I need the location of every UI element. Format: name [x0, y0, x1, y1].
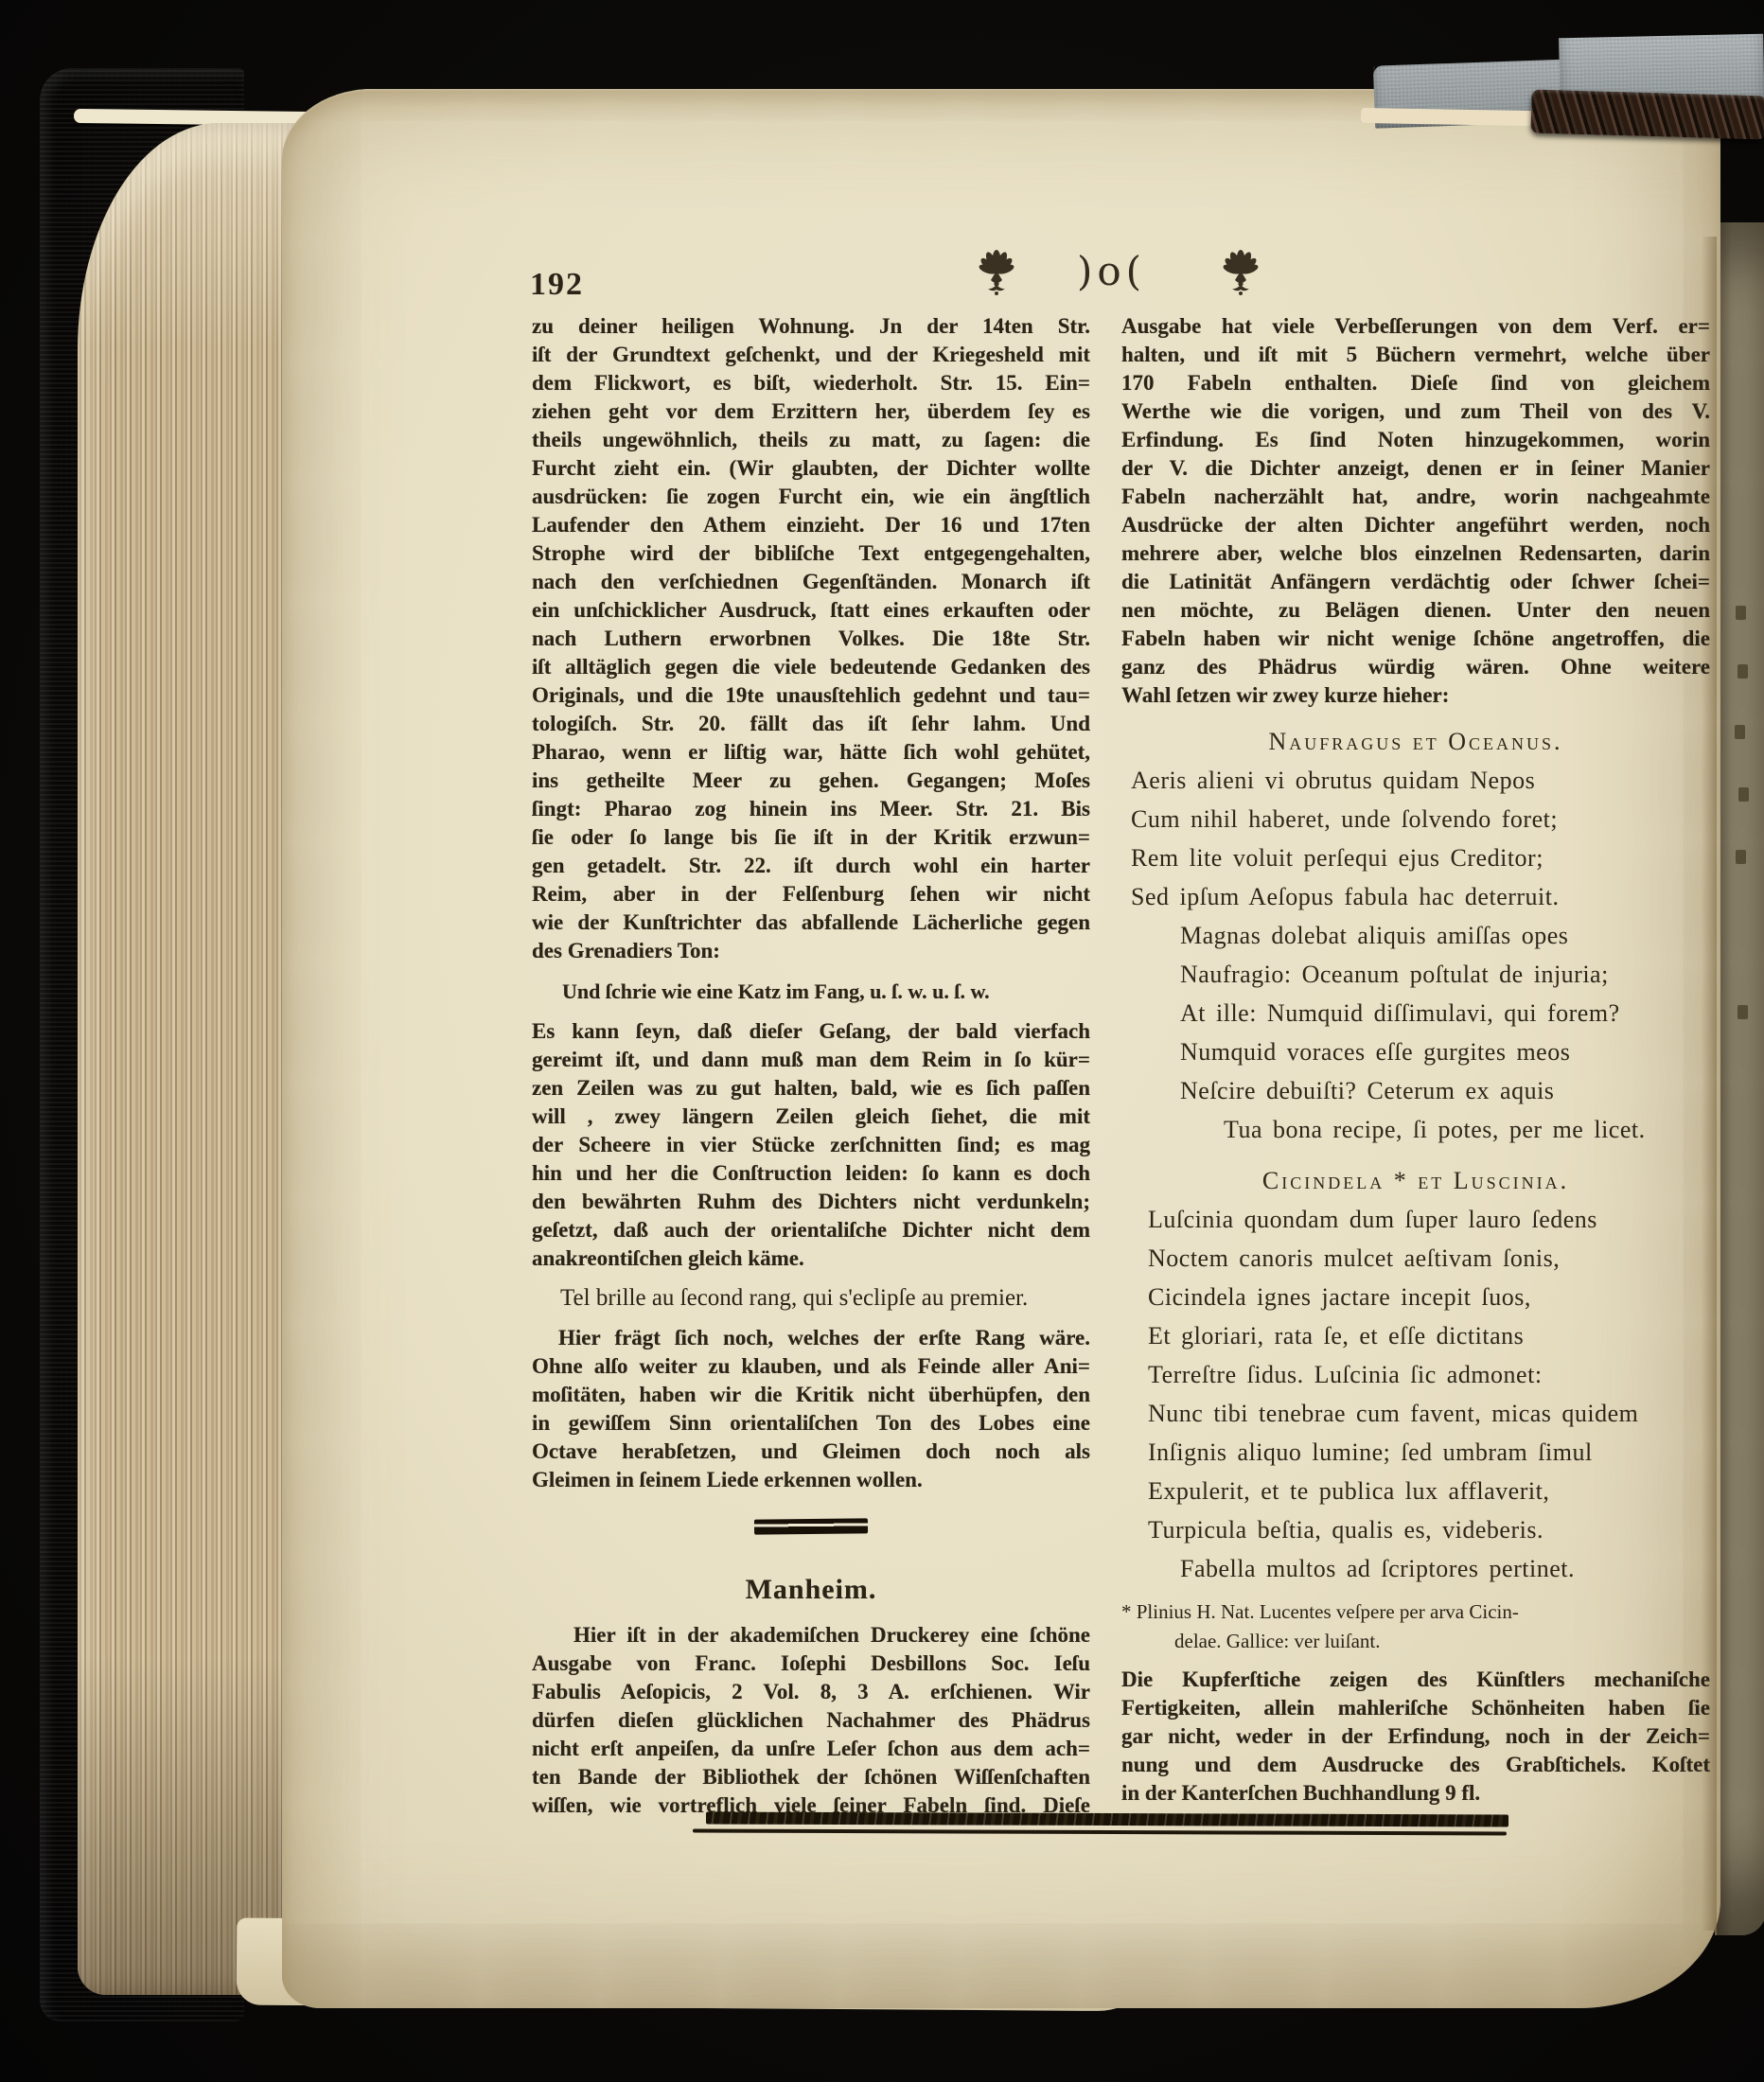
verse-line: Neſcire debuiſti? Ceterum ex aquis [1121, 1071, 1710, 1110]
text-line: Ohne alſo weiter zu klauben, und als Fei… [532, 1352, 1090, 1381]
verse-line: Tua bona recipe, ſi potes, per me licet. [1121, 1110, 1710, 1149]
text-line: Hier iſt in der akademiſchen Druckerey e… [532, 1621, 1090, 1650]
text-line: Gleimen in ſeinem Liede erkennen wollen. [532, 1466, 1090, 1494]
verse-line: Expulerit, et te publica lux afflaverit, [1121, 1472, 1710, 1510]
text-line: nach den verſchiednen Gegenſtänden. Mona… [532, 568, 1090, 596]
ghost-text-mark [1738, 664, 1748, 679]
french-quote-line: Tel brille au ſecond rang, qui s'eclipſe… [532, 1284, 1090, 1313]
text-line: will , zwey längern Zeilen gleich ſiehet… [532, 1103, 1090, 1131]
text-line: in gewiſſem Sinn orientaliſchen Ton des … [532, 1409, 1090, 1438]
text-line: Reim, aber in der Felſenburg ſehen wir n… [532, 880, 1090, 909]
text-line: Octave herabſetzen, und Gleimen doch noc… [532, 1438, 1090, 1466]
verse-line: Luſcinia quondam dum ſuper lauro ſedens [1121, 1200, 1710, 1239]
verse-line: Terreſtre ſidus. Luſcinia ſic admonet: [1121, 1355, 1710, 1394]
text-line: ziehen geht vor dem Erzittern her, überd… [532, 397, 1090, 426]
text-line: Ausgabe hat viele Verbeſſerungen von dem… [1121, 312, 1710, 341]
footnote-line: delae. Gallice: ver luiſant. [1121, 1627, 1710, 1656]
text-line: geſetzt, daß auch der orientaliſche Dich… [532, 1216, 1090, 1244]
text-line: Laufender den Athem einzieht. Der 16 und… [532, 511, 1090, 539]
text-line: der Scheere in vier Stücke zerſchnitten … [532, 1131, 1090, 1159]
text-line: mehrere aber, welche blos einzelnen Rede… [1121, 539, 1710, 568]
verse-line: Et gloriari, rata ſe, et eſſe dictitans [1121, 1316, 1710, 1355]
text-line: nung und dem Ausdrucke des Grabſtichels.… [1121, 1751, 1710, 1779]
text-line: dem Flickwort, es biſt, wiederholt. Str.… [532, 369, 1090, 397]
text-line: nach Luthern erworbnen Volkes. Die 18te … [532, 625, 1090, 653]
verse-line: Noctem canoris mulcet aeſtivam ſonis, [1121, 1239, 1710, 1278]
text-line: gar nicht, weder in der Erfindung, noch … [1121, 1722, 1710, 1751]
text-line: zu deiner heiligen Wohnung. Jn der 14ten… [532, 312, 1090, 341]
section-divider-rule [754, 1518, 868, 1534]
text-line: ein unſchicklicher Ausdruck, ſtatt eines… [532, 596, 1090, 625]
text-line: ins getheilte Meer zu gehen. Gegangen; M… [532, 767, 1090, 795]
verse-line: Cicindela ignes jactare incepit ſuos, [1121, 1278, 1710, 1316]
text-line: iſt der Grundtext geſchenkt, und der Kri… [532, 341, 1090, 369]
paragraph: zu deiner heiligen Wohnung. Jn der 14ten… [532, 312, 1090, 965]
text-line: der V. die Dichter anzeigt, denen er in … [1121, 454, 1710, 483]
facing-page-sliver [1715, 222, 1764, 1935]
paragraph: Ausgabe hat viele Verbeſſerungen von dem… [1121, 312, 1710, 710]
ghost-text-mark [1736, 850, 1746, 864]
text-line: halten, und iſt mit 5 Büchern vermehrt, … [1121, 341, 1710, 369]
footnote: * Plinius H. Nat. Lucentes veſpere per a… [1121, 1597, 1710, 1656]
signature-mark: )o( [1077, 248, 1146, 294]
text-line: Strophe wird der bibliſche Text entgegen… [532, 539, 1090, 568]
page-number: 192 [530, 267, 584, 303]
verse-line: At ille: Numquid diſſimulavi, qui forem? [1121, 994, 1710, 1032]
verse-line: Numquid voraces eſſe gurgites meos [1121, 1032, 1710, 1071]
book-scan-page: 192 )o( [0, 0, 1764, 2082]
headband-braid [1530, 90, 1764, 140]
verse-line: Nunc tibi tenebrae cum favent, micas qui… [1121, 1394, 1710, 1433]
paragraph: Die Kupferſtiche zeigen des Künſtlers me… [1121, 1666, 1710, 1808]
shell-ornament-icon [973, 246, 1020, 302]
fable-title: Cicindela * et Luscinia. [1121, 1162, 1710, 1200]
latin-verse-block: Aeris alieni vi obrutus quidam NeposCum … [1121, 761, 1710, 1149]
fable-title: Naufragus et Oceanus. [1121, 723, 1710, 761]
text-line: ten Bande der Bibliothek der ſchönen Wiſ… [532, 1763, 1090, 1791]
text-line: Hier frägt ſich noch, welches der erſte … [532, 1324, 1090, 1352]
verse-line: Magnas dolebat aliquis amiſſas opes [1121, 916, 1710, 955]
text-line: Ausdrücke der alten Dichter angeführt we… [1121, 511, 1710, 539]
footnote-line: * Plinius H. Nat. Lucentes veſpere per a… [1121, 1597, 1710, 1627]
text-line: moſitäten, haben wir die Kritik nicht üb… [532, 1381, 1090, 1409]
text-line: Erfindung. Es ſind Noten hinzugekommen, … [1121, 426, 1710, 454]
verse-quote-line: Und ſchrie wie eine Katz im Fang, u. ſ. … [532, 978, 1090, 1006]
text-line: theils ungewöhnlich, theils zu matt, zu … [532, 426, 1090, 454]
text-line: ganz des Phädrus würdig wären. Ohne weit… [1121, 653, 1710, 681]
text-line: anakreontiſchen gleich käme. [532, 1244, 1090, 1273]
ghost-text-mark [1738, 787, 1749, 802]
text-line: tologiſch. Str. 20. fällt das iſt ſehr l… [532, 710, 1090, 738]
text-line: Es kann ſeyn, daß dieſer Geſang, der bal… [532, 1017, 1090, 1046]
verse-line: Fabella multos ad ſcriptores pertinet. [1121, 1549, 1710, 1588]
text-line: Fabeln nacherzählt hat, andre, worin nac… [1121, 483, 1710, 511]
paragraph: Es kann ſeyn, daß dieſer Geſang, der bal… [532, 1017, 1090, 1273]
text-line: Die Kupferſtiche zeigen des Künſtlers me… [1121, 1666, 1710, 1694]
shell-ornament-icon [1217, 246, 1264, 302]
text-line: Ausgabe von Franc. Ioſephi Desbillons So… [532, 1650, 1090, 1678]
right-column: Ausgabe hat viele Verbeſſerungen von dem… [1121, 312, 1710, 1808]
ghost-text-mark [1735, 725, 1745, 739]
text-line: 170 Fabeln enthalten. Dieſe ſind von gle… [1121, 369, 1710, 397]
verse-line: Naufragio: Oceanum poſtulat de injuria; [1121, 955, 1710, 994]
verse-line: Rem lite voluit perſequi ejus Creditor; [1121, 838, 1710, 877]
paragraph: Hier iſt in der akademiſchen Druckerey e… [532, 1621, 1090, 1820]
ghost-text-mark [1738, 1005, 1748, 1019]
paragraph: Hier frägt ſich noch, welches der erſte … [532, 1324, 1090, 1494]
text-line: den bewährten Ruhm des Dichters nicht ve… [532, 1188, 1090, 1216]
left-column: zu deiner heiligen Wohnung. Jn der 14ten… [532, 312, 1090, 1820]
text-line: in der Kanterſchen Buchhandlung 9 fl. [1121, 1779, 1710, 1808]
text-line: die Latinität Anfängern verdächtig oder … [1121, 568, 1710, 596]
text-line: Wahl ſetzen wir zwey kurze hieher: [1121, 681, 1710, 710]
latin-verse-block: Luſcinia quondam dum ſuper lauro ſedensN… [1121, 1200, 1710, 1588]
verse-line: Turpicula beſtia, qualis es, videberis. [1121, 1510, 1710, 1549]
text-line: gen getadelt. Str. 22. iſt durch wohl ei… [532, 852, 1090, 880]
text-line: dürfen dieſen glücklichen Nachahmer des … [532, 1706, 1090, 1735]
text-line: nen möchte, zu Belägen dienen. Unter den… [1121, 596, 1710, 625]
text-line: des Grenadiers Ton: [532, 937, 1090, 965]
article-end-rule [706, 1812, 1508, 1840]
verse-line: Sed ipſum Aeſopus fabula hac deterruit. [1121, 877, 1710, 916]
text-line: Fertigkeiten, allein mahleriſche Schönhe… [1121, 1694, 1710, 1722]
ghost-text-mark [1736, 606, 1746, 620]
text-line: hin und her die Conſtruction leiden: ſo … [532, 1159, 1090, 1188]
text-line: Fabulis Aeſopicis, 2 Vol. 8, 3 A. erſchi… [532, 1678, 1090, 1706]
text-line: ſingt: Pharao zog hinein ins Meer. Str. … [532, 795, 1090, 823]
text-line: iſt alltäglich gegen die viele bedeutend… [532, 653, 1090, 681]
verse-line: Cum nihil haberet, unde ſolvendo foret; [1121, 800, 1710, 838]
text-line: Fabeln haben wir nicht wenige ſchöne ang… [1121, 625, 1710, 653]
section-heading: Manheim. [532, 1574, 1090, 1606]
text-line: Furcht zieht ein. (Wir glaubten, der Dic… [532, 454, 1090, 483]
thin-rule [693, 1828, 1507, 1835]
text-line: zen Zeilen was zu gut halten, bald, wie … [532, 1074, 1090, 1103]
text-line: ausdrücken: ſie zogen Furcht ein, wie ei… [532, 483, 1090, 511]
text-line: gereimt iſt, und dann muß man dem Reim i… [532, 1046, 1090, 1074]
text-line: Originals, und die 19te unausſtehlich ge… [532, 681, 1090, 710]
text-line: Werthe wie die vorigen, und zum Theil vo… [1121, 397, 1710, 426]
text-line: ſie oder ſo lange bis ſie iſt in der Kri… [532, 823, 1090, 852]
text-line: Pharao, wenn er liſtig war, hätte ſich w… [532, 738, 1090, 767]
text-line: nicht erſt anpeiſen, da unſre Leſer ſcho… [532, 1735, 1090, 1763]
verse-line: Aeris alieni vi obrutus quidam Nepos [1121, 761, 1710, 800]
page-stack-fore-edge [78, 123, 316, 1995]
thick-rule [706, 1812, 1508, 1827]
verse-line: Inſignis aliquo lumine; ſed umbram ſimul [1121, 1433, 1710, 1472]
text-line: wie der Kunſtrichter das abfallende Läch… [532, 909, 1090, 937]
